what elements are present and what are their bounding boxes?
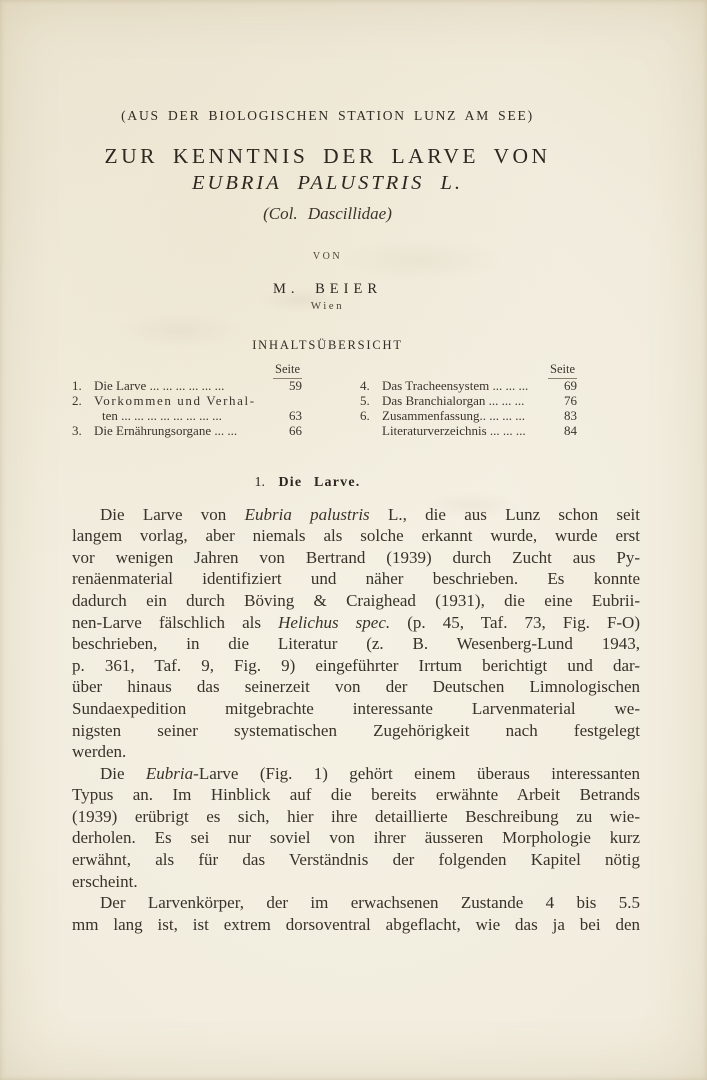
paragraph: Die Eubria-Larve (Fig. 1) gehört einem ü… bbox=[72, 763, 640, 893]
text-line: beschrieben, in die Literatur (z. B. Wes… bbox=[72, 633, 640, 655]
toc-entry-page bbox=[276, 394, 302, 409]
article-header: (AUS DER BIOLOGISCHEN STATION LUNZ AM SE… bbox=[0, 108, 707, 312]
toc-entry-number: 6. bbox=[360, 409, 382, 424]
text-line: Der Larvenkörper, der im erwachsenen Zus… bbox=[72, 892, 640, 914]
body-paragraphs: Die Larve von Eubria palustris L., die a… bbox=[72, 504, 640, 936]
toc-entry: 3.Die Ernährungsorgane ... ...66 bbox=[72, 424, 302, 439]
byline-prefix: VON bbox=[0, 251, 655, 262]
toc-entry-number: 4. bbox=[360, 379, 382, 394]
toc-heading: INHALTSÜBERSICHT bbox=[0, 338, 707, 353]
subtitle: (Col. Dascillidae) bbox=[0, 204, 655, 224]
text-line: Sundaexpedition mitgebrachte interessant… bbox=[72, 698, 640, 720]
author-name: M. BEIER bbox=[0, 281, 655, 298]
text-line: langem vorlag, aber niemals als solche e… bbox=[72, 525, 640, 547]
toc-entry-page: 83 bbox=[551, 409, 577, 424]
text-line: renäenmaterial identifiziert und näher b… bbox=[72, 568, 640, 590]
toc-entry: Literaturverzeichnis ... ... ...84 bbox=[360, 424, 577, 439]
page-label: Seite bbox=[548, 362, 577, 379]
toc-entry-number bbox=[360, 424, 382, 439]
toc-entry-number: 3. bbox=[72, 424, 94, 439]
toc-entry-page: 59 bbox=[276, 379, 302, 394]
author-city: Wien bbox=[0, 300, 655, 312]
text-line: Die Larve von Eubria palustris L., die a… bbox=[72, 504, 640, 526]
text-line: Typus an. Im Hinblick auf die bereits er… bbox=[72, 784, 640, 806]
toc-entry-text: Vorkommen und Verhal- bbox=[94, 394, 276, 409]
toc-entry-text: Die Larve ... ... ... ... ... ... bbox=[94, 379, 276, 394]
toc-entry-page: 63 bbox=[276, 409, 302, 424]
text-line: nen-Larve fälschlich als Helichus spec. … bbox=[72, 612, 640, 634]
text-line: nigsten seiner systematischen Zugehörigk… bbox=[72, 720, 640, 742]
toc-entry-text: Das Branchialorgan ... ... ... bbox=[382, 394, 551, 409]
text-line: (1939) erübrigt es sich, hier ihre detai… bbox=[72, 806, 640, 828]
toc-entry-number: 5. bbox=[360, 394, 382, 409]
toc-column-right: Seite 4.Das Tracheensystem ... ... ...69… bbox=[360, 361, 577, 439]
section-heading: 1. Die Larve. bbox=[0, 475, 707, 491]
toc-entry-number: 1. bbox=[72, 379, 94, 394]
text-line: werden. bbox=[72, 741, 640, 763]
table-of-contents: Seite 1.Die Larve ... ... ... ... ... ..… bbox=[72, 361, 577, 439]
text-line: dadurch ein durch Böving & Craighead (19… bbox=[72, 590, 640, 612]
text-line: p. 361, Taf. 9, Fig. 9) eingeführter Irr… bbox=[72, 655, 640, 677]
toc-entry: ten ... ... ... ... ... ... ... ...63 bbox=[72, 409, 302, 424]
paragraph: Der Larvenkörper, der im erwachsenen Zus… bbox=[72, 892, 640, 935]
text-line: derholen. Es sei nur soviel von ihrer äu… bbox=[72, 827, 640, 849]
toc-entry: 1.Die Larve ... ... ... ... ... ...59 bbox=[72, 379, 302, 394]
toc-column-left: Seite 1.Die Larve ... ... ... ... ... ..… bbox=[72, 361, 302, 439]
toc-entry-number: 2. bbox=[72, 394, 94, 409]
page-label-row: Seite bbox=[72, 361, 302, 379]
text-line: vor wenigen Jahren von Bertrand (1939) d… bbox=[72, 547, 640, 569]
page-title: ZUR KENNTNIS DER LARVE VON bbox=[0, 144, 655, 169]
toc-entry-text: Zusammenfassung.. ... ... ... bbox=[382, 409, 551, 424]
toc-entry-text: Das Tracheensystem ... ... ... bbox=[382, 379, 551, 394]
text-line: mm lang ist, ist extrem dorsoventral abg… bbox=[72, 914, 640, 936]
toc-entry: 6.Zusammenfassung.. ... ... ...83 bbox=[360, 409, 577, 424]
toc-entry-text: Die Ernährungsorgane ... ... bbox=[94, 424, 276, 439]
page-title-species: EUBRIA PALUSTRIS L. bbox=[0, 172, 655, 195]
text-line: erwähnt, als für das Verständnis der fol… bbox=[72, 849, 640, 871]
paragraph: Die Larve von Eubria palustris L., die a… bbox=[72, 504, 640, 763]
toc-entry: 4.Das Tracheensystem ... ... ...69 bbox=[360, 379, 577, 394]
toc-entry-text: ten ... ... ... ... ... ... ... ... bbox=[94, 409, 276, 424]
affiliation-line: (AUS DER BIOLOGISCHEN STATION LUNZ AM SE… bbox=[0, 108, 655, 124]
text-line: über hinaus das seinerzeit von der Deuts… bbox=[72, 676, 640, 698]
toc-entry-page: 66 bbox=[276, 424, 302, 439]
page-label: Seite bbox=[273, 362, 302, 379]
toc-entry: 5.Das Branchialorgan ... ... ...76 bbox=[360, 394, 577, 409]
text-line: erscheint. bbox=[72, 871, 640, 893]
toc-entry-page: 76 bbox=[551, 394, 577, 409]
toc-entry-page: 84 bbox=[551, 424, 577, 439]
toc-entry-page: 69 bbox=[551, 379, 577, 394]
scanned-page: (AUS DER BIOLOGISCHEN STATION LUNZ AM SE… bbox=[0, 0, 707, 1080]
toc-entry-number bbox=[72, 409, 94, 424]
page-label-row: Seite bbox=[360, 361, 577, 379]
text-line: Die Eubria-Larve (Fig. 1) gehört einem ü… bbox=[72, 763, 640, 785]
section-title: Die Larve. bbox=[279, 475, 361, 490]
toc-entry: 2.Vorkommen und Verhal- bbox=[72, 394, 302, 409]
section-number: 1. bbox=[255, 475, 266, 490]
toc-entry-text: Literaturverzeichnis ... ... ... bbox=[382, 424, 551, 439]
